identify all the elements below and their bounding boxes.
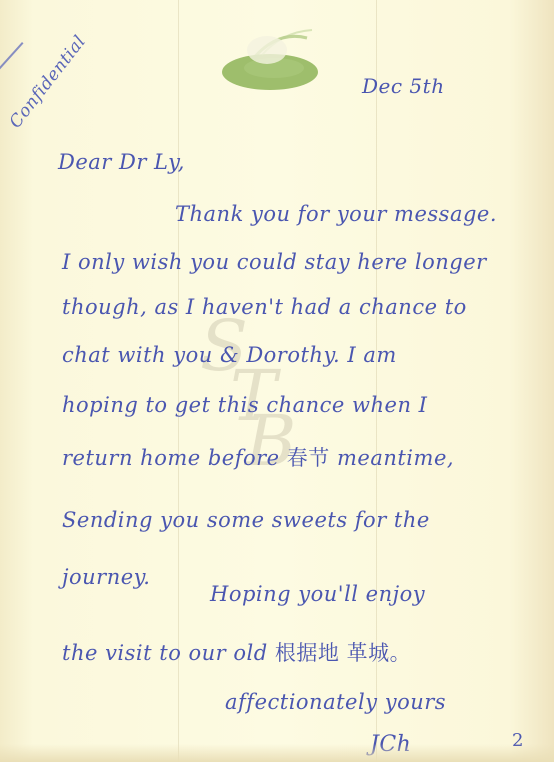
body-text: meantime,: [337, 446, 454, 470]
body-line: return home before 春节 meantime,: [62, 442, 454, 472]
body-line: Thank you for your message.: [175, 202, 497, 226]
letter-page: S T B Confidential Dec 5th Dear Dr Ly, T…: [0, 0, 554, 762]
closing: affectionately yours: [225, 690, 446, 714]
body-line: Sending you some sweets for the: [62, 508, 430, 532]
cjk-text: 根据地: [275, 641, 340, 665]
body-text: return home before: [62, 446, 280, 470]
letterhead-emblem-icon: [212, 20, 322, 100]
body-line: hoping to get this chance when I: [62, 393, 427, 417]
salutation: Dear Dr Ly,: [58, 150, 185, 174]
body-text: the visit to our old: [62, 641, 268, 665]
letter-date: Dec 5th: [362, 74, 445, 98]
body-line: though, as I haven't had a chance to: [62, 295, 467, 319]
cjk-text: 春节: [287, 446, 330, 470]
cjk-text: 革城。: [347, 641, 412, 665]
paper-edge: [0, 744, 554, 762]
body-line: the visit to our old 根据地 革城。: [62, 637, 411, 667]
body-line: chat with you & Dorothy. I am: [62, 343, 397, 367]
body-line: Hoping you'll enjoy: [210, 582, 425, 606]
body-line: journey.: [62, 565, 150, 589]
body-line: I only wish you could stay here longer: [62, 250, 487, 274]
